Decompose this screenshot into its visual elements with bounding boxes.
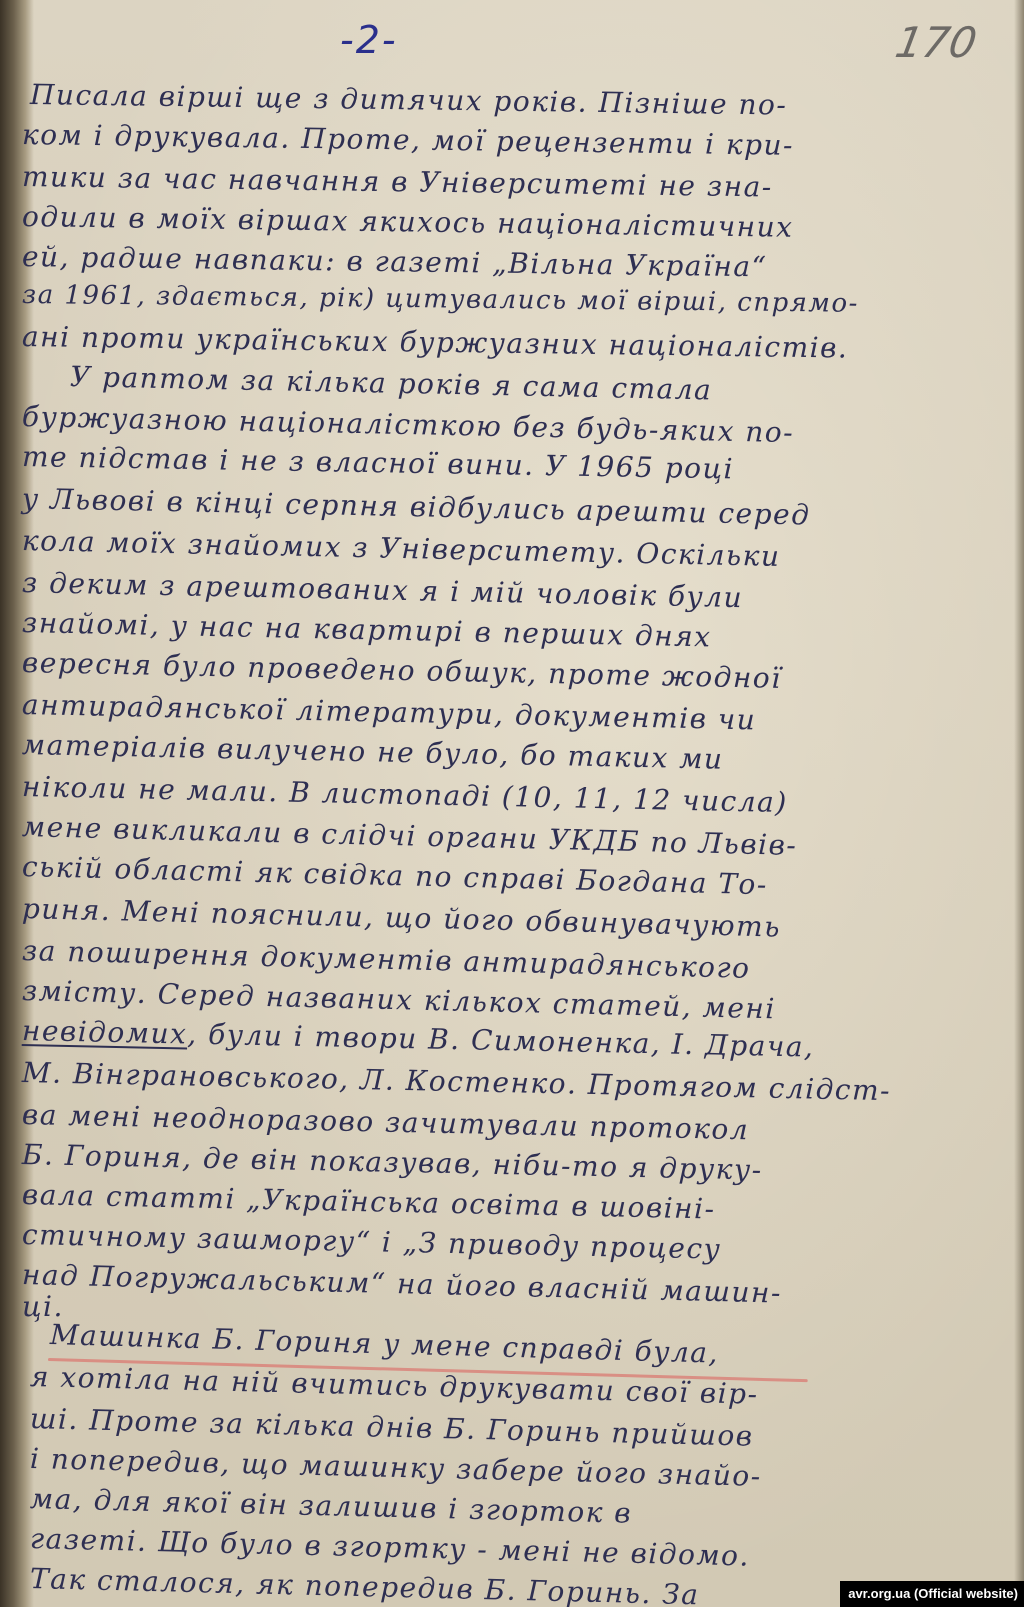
text-line: за 1961, здається, рік) цитувались мої в… — [22, 280, 859, 319]
document-page: -2- 170 Писала вірші ще з дитячих років.… — [0, 0, 1024, 1607]
text-fragment: , були і твори В. Симоненка, І. Драча, — [187, 1017, 815, 1063]
text-line: Писала вірші ще з дитячих років. Пізніше… — [30, 78, 788, 122]
text-line: вала статті „Українська освіта в шовіні- — [22, 1178, 716, 1226]
source-watermark: avr.org.ua (Official website) — [840, 1581, 1024, 1607]
page-number: -2- — [340, 18, 398, 62]
text-line: кола моїх знайомих з Університету. Оскіл… — [22, 524, 781, 573]
text-line: ком і друкувала. Проте, мої рецензенти і… — [22, 118, 794, 162]
text-line: одили в моїх віршах якихось націоналісти… — [22, 200, 794, 244]
text-line: над Погружальським“ на його власній маши… — [22, 1258, 783, 1310]
text-line: ніколи не мали. В листопаді (10, 11, 12 … — [22, 770, 788, 819]
text-line: антирадянської літератури, документів чи — [22, 688, 757, 736]
underlined-word: невідомих — [22, 1014, 188, 1050]
text-line: ва мені неодноразово зачитували протокол — [22, 1098, 750, 1146]
text-line: Б. Гориня, де він показував, ніби-то я д… — [22, 1138, 763, 1187]
text-line: тики за час навчання в Університеті не з… — [22, 160, 773, 203]
text-line: вересня було проведено обшук, проте жодн… — [22, 646, 782, 695]
folio-number: 170 — [892, 18, 981, 67]
text-line: стичному зашморгу“ і „З приводу процесу — [22, 1218, 722, 1266]
text-line: з деким з арештованих я і мій чоловік бу… — [22, 566, 744, 614]
text-line: те підстав і не з власної вини. У 1965 р… — [22, 440, 735, 485]
text-line: М. Вінграновського, Л. Костенко. Протяго… — [22, 1056, 892, 1107]
text-line: ма, для якої він залишив і згорток в — [30, 1482, 633, 1530]
text-line: ей, радше навпаки: в газеті „Вільна Укра… — [22, 240, 768, 283]
text-line: у Львові в кінці серпня відбулись арешти… — [22, 482, 811, 532]
text-line: матеріалів вилучено не було, бо таких ми — [22, 728, 724, 776]
text-line: ані проти українських буржуазних націона… — [22, 320, 849, 365]
page-edge-shadow — [1014, 0, 1024, 1607]
text-line: У раптом за кілька років я сама стала — [70, 360, 713, 406]
text-line: знайомі, у нас на квартирі в перших днях — [22, 606, 712, 653]
